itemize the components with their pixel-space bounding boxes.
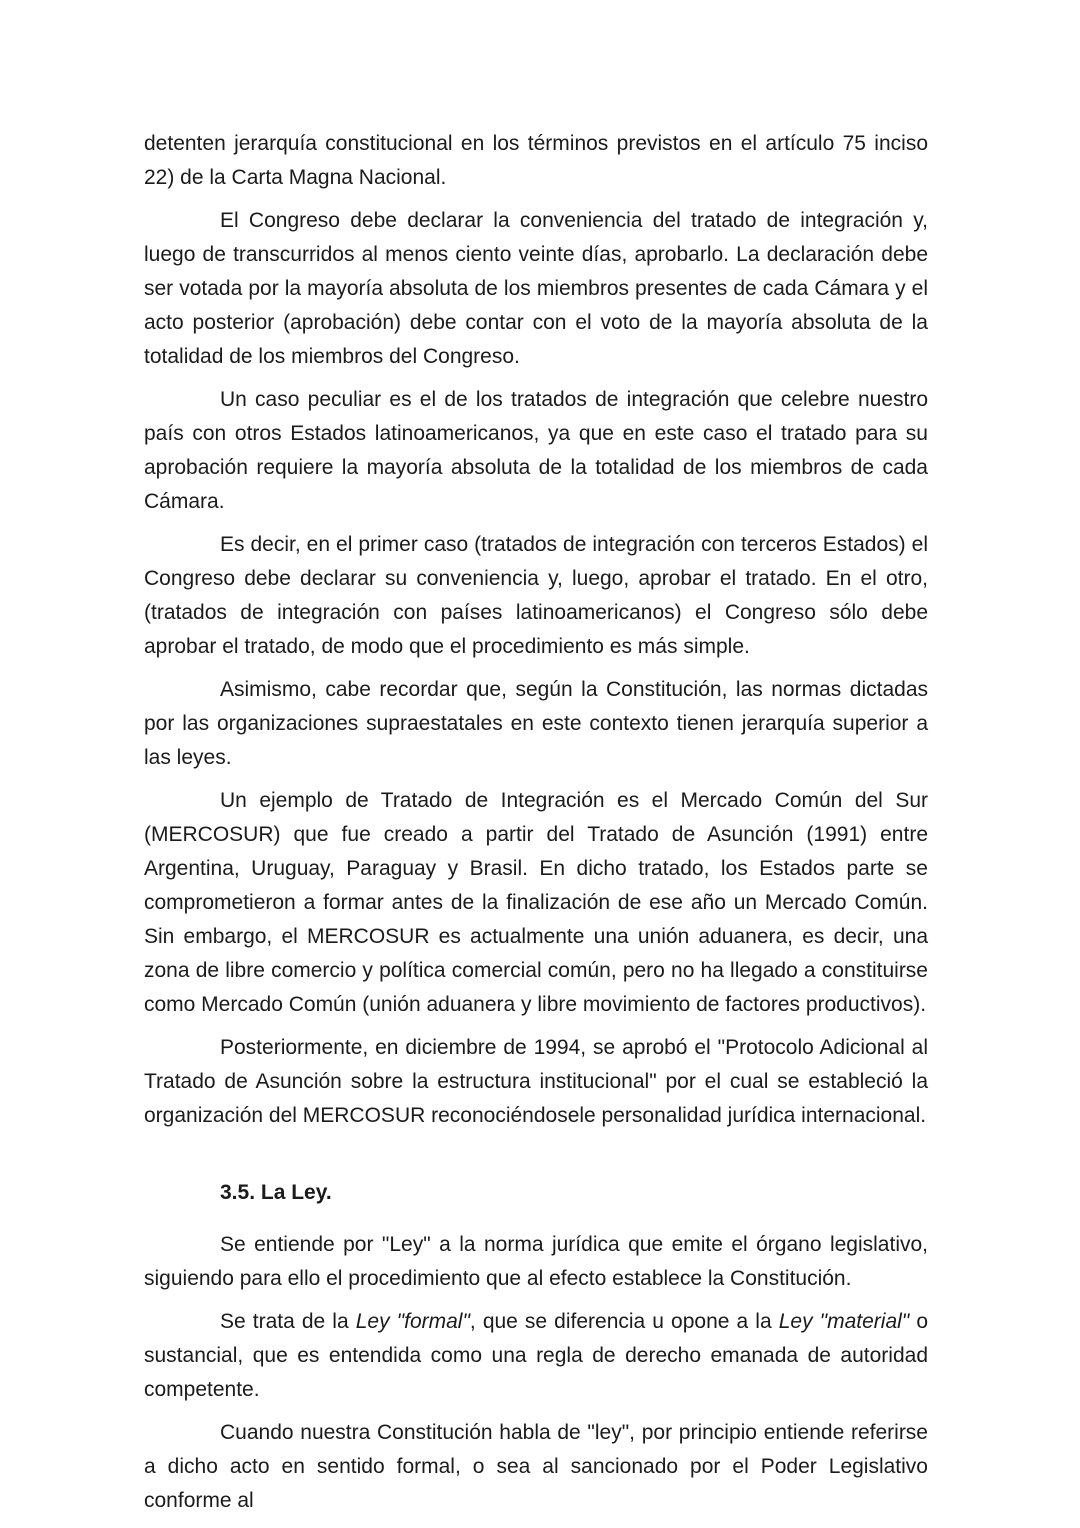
- text-run: Es decir, en el primer caso (tratados de…: [144, 533, 928, 658]
- text-run: detenten jerarquía constitucional en los…: [144, 132, 928, 189]
- text-run: Un caso peculiar es el de los tratados d…: [144, 388, 928, 513]
- text-run: Asimismo, cabe recordar que, según la Co…: [144, 678, 928, 769]
- paragraph: Un caso peculiar es el de los tratados d…: [144, 383, 928, 519]
- section-heading: 3.5. La Ley.: [144, 1176, 928, 1210]
- document-body: detenten jerarquía constitucional en los…: [144, 127, 928, 1518]
- text-run: Ley "material": [779, 1310, 910, 1333]
- paragraph: Cuando nuestra Constitución habla de "le…: [144, 1416, 928, 1518]
- text-run: El Congreso debe declarar la convenienci…: [144, 209, 928, 368]
- paragraph: Es decir, en el primer caso (tratados de…: [144, 528, 928, 664]
- text-run: Se trata de la: [220, 1310, 356, 1333]
- paragraph: Posteriormente, en diciembre de 1994, se…: [144, 1031, 928, 1133]
- text-run: Un ejemplo de Tratado de Integración es …: [144, 789, 928, 1016]
- paragraph: Se trata de la Ley "formal", que se dife…: [144, 1305, 928, 1407]
- paragraph: Asimismo, cabe recordar que, según la Co…: [144, 673, 928, 775]
- text-run: Ley "formal": [356, 1310, 470, 1333]
- paragraph: Un ejemplo de Tratado de Integración es …: [144, 784, 928, 1022]
- text-run: Cuando nuestra Constitución habla de "le…: [144, 1421, 928, 1512]
- paragraph: detenten jerarquía constitucional en los…: [144, 127, 928, 195]
- text-run: Posteriormente, en diciembre de 1994, se…: [144, 1036, 928, 1127]
- paragraph: El Congreso debe declarar la convenienci…: [144, 204, 928, 374]
- document-page: detenten jerarquía constitucional en los…: [0, 0, 1080, 1528]
- paragraph: Se entiende por "Ley" a la norma jurídic…: [144, 1228, 928, 1296]
- text-run: , que se diferencia u opone a la: [470, 1310, 779, 1333]
- text-run: 3.5. La Ley.: [220, 1181, 332, 1204]
- text-run: Se entiende por "Ley" a la norma jurídic…: [144, 1233, 928, 1290]
